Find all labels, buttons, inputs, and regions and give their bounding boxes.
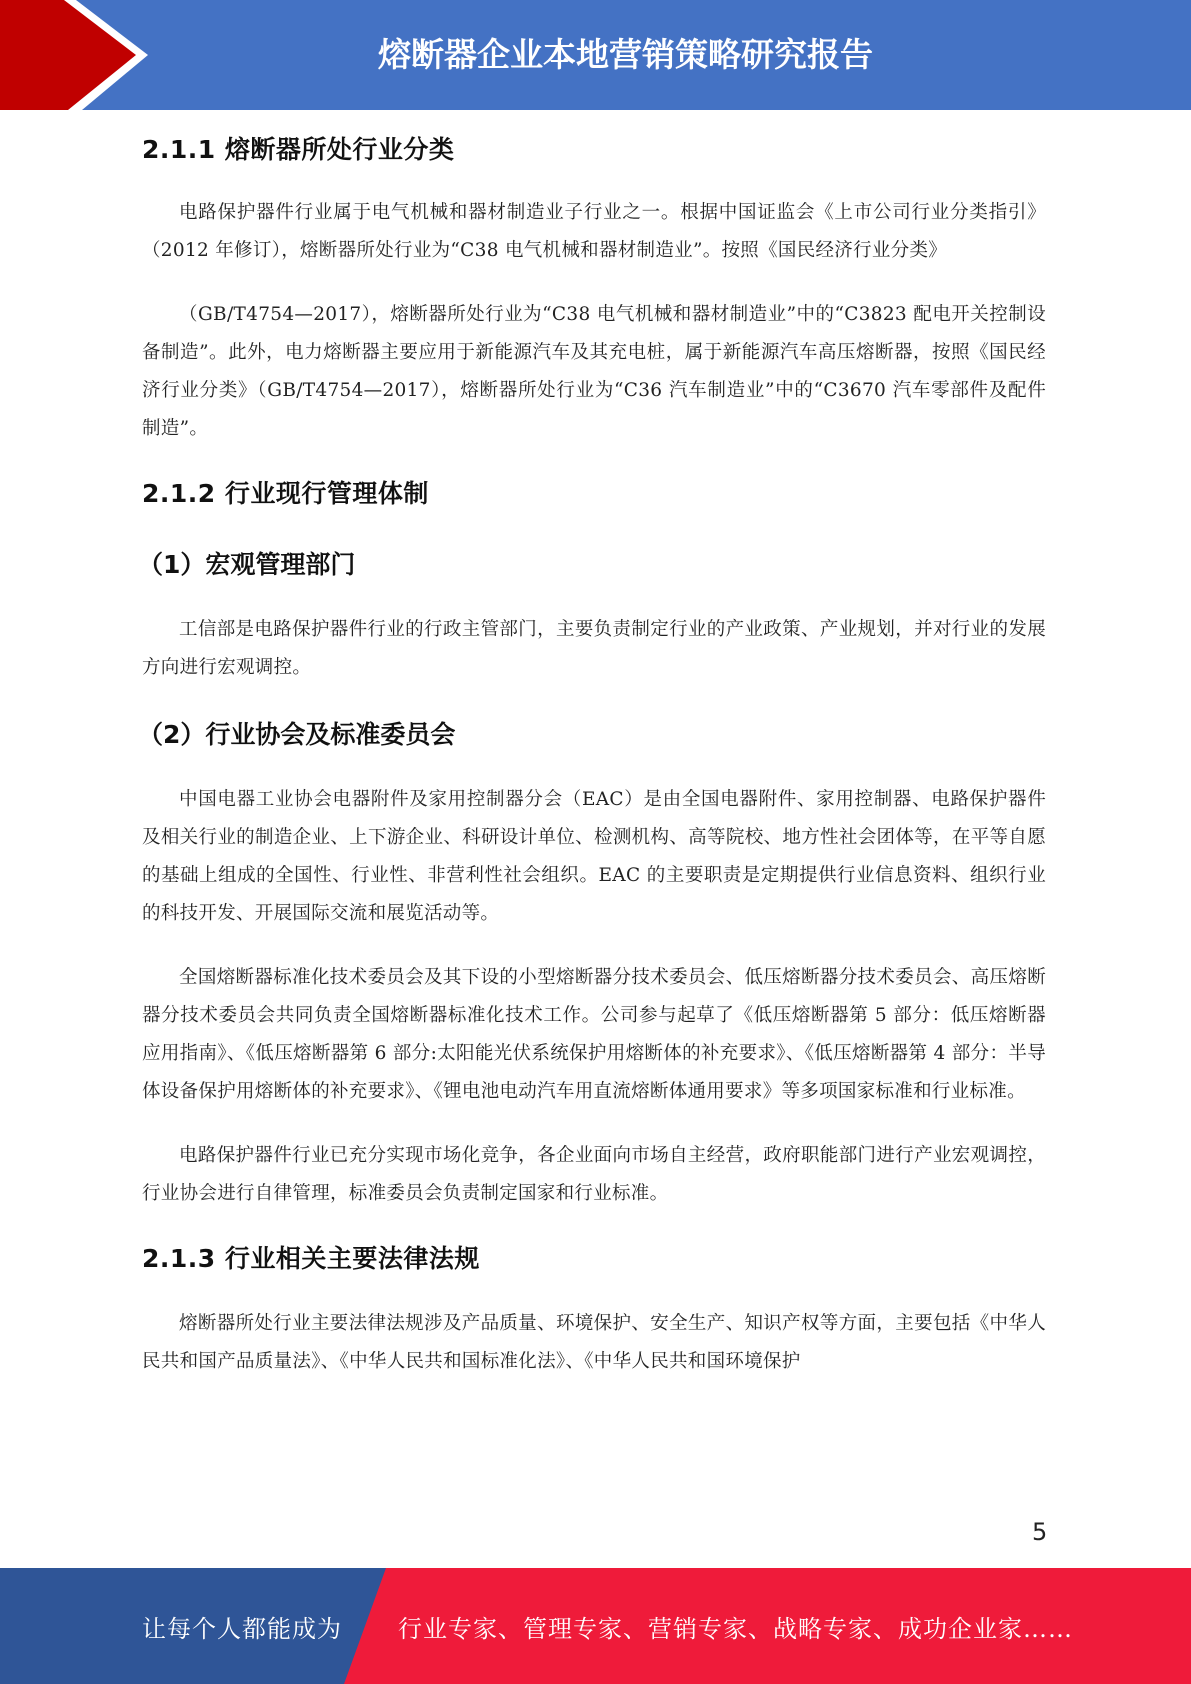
- paragraph: 全国熔断器标准化技术委员会及其下设的小型熔断器分技术委员会、低压熔断器分技术委员…: [142, 959, 1046, 1111]
- section-heading-2-1-1: 2.1.1 熔断器所处行业分类: [142, 128, 1046, 172]
- paragraph: 熔断器所处行业主要法律法规涉及产品质量、环境保护、安全生产、知识产权等方面，主要…: [142, 1305, 1046, 1381]
- subsection-heading-association-committee: （2）行业协会及标准委员会: [138, 713, 1046, 757]
- paragraph: 工信部是电路保护器件行业的行政主管部门，主要负责制定行业的产业政策、产业规划，并…: [142, 611, 1046, 687]
- subsection-heading-macro-management: （1）宏观管理部门: [138, 543, 1046, 587]
- paragraph: 电路保护器件行业属于电气机械和器材制造业子行业之一。根据中国证监会《上市公司行业…: [142, 194, 1046, 270]
- page-header-banner: 熔断器企业本地营销策略研究报告: [0, 0, 1191, 110]
- paragraph: 中国电器工业协会电器附件及家用控制器分会（EAC）是由全国电器附件、家用控制器、…: [142, 781, 1046, 933]
- footer-slogan-right: 行业专家、管理专家、营销专家、战略专家、成功企业家……: [398, 1568, 1073, 1684]
- section-heading-2-1-3: 2.1.3 行业相关主要法律法规: [142, 1237, 1046, 1281]
- document-body: 2.1.1 熔断器所处行业分类 电路保护器件行业属于电气机械和器材制造业子行业之…: [142, 128, 1046, 1381]
- page-footer-banner: 让每个人都能成为 行业专家、管理专家、营销专家、战略专家、成功企业家……: [0, 1568, 1191, 1684]
- report-title: 熔断器企业本地营销策略研究报告: [0, 0, 1191, 104]
- paragraph: （GB/T4754—2017），熔断器所处行业为“C38 电气机械和器材制造业”…: [142, 296, 1046, 448]
- section-heading-2-1-2: 2.1.2 行业现行管理体制: [142, 472, 1046, 516]
- page-number: 5: [1032, 1518, 1047, 1546]
- footer-slogan-left: 让每个人都能成为: [142, 1568, 342, 1684]
- paragraph: 电路保护器件行业已充分实现市场化竞争，各企业面向市场自主经营，政府职能部门进行产…: [142, 1137, 1046, 1213]
